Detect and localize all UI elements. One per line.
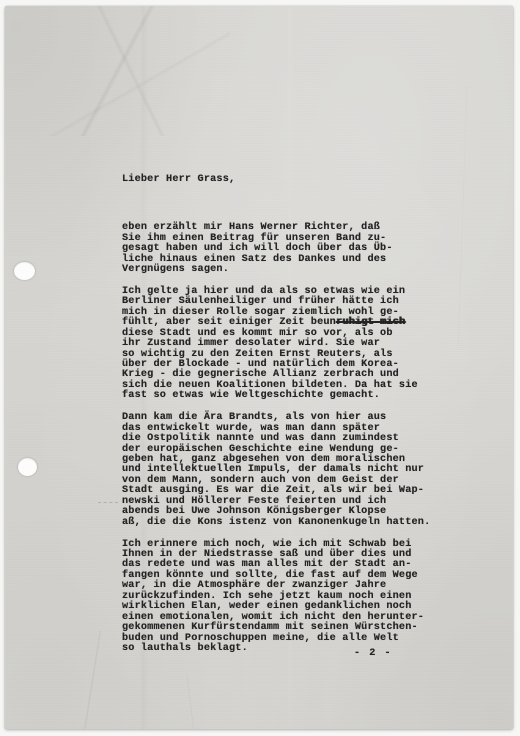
pencil-mark <box>98 502 118 503</box>
letter-paragraphs: eben erzählt mir Hans Werner Richter, da… <box>122 223 440 654</box>
overstruck-text: ruhigt mich <box>336 317 405 328</box>
letter-line: aß, die die Kons istenz von Kanonenkugel… <box>122 518 440 528</box>
text-segment: wirklichen Elan, weder einen gedankliche… <box>122 601 412 612</box>
text-segment: Krieg - die gegnerische Allianz zerbrach… <box>122 369 399 380</box>
paragraph: Ich erinnere mich noch, wie ich mit Schw… <box>122 540 440 655</box>
text-segment: war, in die Atmosphäre der zwanziger Jah… <box>122 580 386 591</box>
text-segment: Stadt ausging. Es war die Zeit, als wir … <box>122 485 424 496</box>
text-segment: buden und Pornoschuppen meine, die alle … <box>122 633 399 644</box>
text-segment: gesagt haben und ich will doch über das … <box>122 243 393 254</box>
text-segment: ihr Zustand immer desolater wird. Sie wa… <box>122 338 380 349</box>
text-segment: Berliner Säulenheiliger und früher hätte… <box>122 296 399 307</box>
text-segment: Ich erinnere mich noch, wie ich mit Schw… <box>122 539 412 550</box>
letter-body: Lieber Herr Grass, eben erzählt mir Hans… <box>122 154 440 687</box>
scanned-page: Lieber Herr Grass, eben erzählt mir Hans… <box>0 0 520 736</box>
text-segment: aß, die die Kons istenz von Kanonenkugel… <box>122 517 430 528</box>
text-segment: und intellektuellen Impuls, der damals n… <box>122 464 424 475</box>
text-segment: die Ostpolitik nannte und was dann zumin… <box>122 433 399 444</box>
text-segment: eben erzählt mir Hans Werner Richter, da… <box>122 222 380 233</box>
text-segment: gekommenen Kurfürstendamm mit seinen Wür… <box>122 622 418 633</box>
text-segment: so lauthals beklagt. <box>122 643 248 654</box>
letter-paper: Lieber Herr Grass, eben erzählt mir Hans… <box>5 6 513 729</box>
paragraph: Dann kam die Ära Brandts, als von hier a… <box>122 413 440 528</box>
text-segment: fast so etwas wie Weltgeschichte gemacht… <box>122 390 380 401</box>
letter-line: Vergnügens sagen. <box>122 265 440 275</box>
text-segment: abends bei Uwe Johnson Königsberger Klop… <box>122 506 386 517</box>
paper-crease-right <box>445 86 485 346</box>
page-number: - 2 - <box>354 648 392 659</box>
text-segment: das redete und was man alles mit der Sta… <box>122 559 412 570</box>
paragraph: Ich gelte ja hier und da als so etwas wi… <box>122 287 440 402</box>
hole-punch-bottom <box>18 458 37 476</box>
paragraph: eben erzählt mir Hans Werner Richter, da… <box>122 223 440 275</box>
salutation: Lieber Herr Grass, <box>122 175 440 185</box>
letter-line: so lauthals beklagt. <box>122 644 440 654</box>
text-segment: der europäischen Geschichte eine Wendung… <box>122 444 399 455</box>
text-segment: so wichtig zu den Zeiten Ernst Reuters, … <box>122 349 393 360</box>
paper-crease-bottom-left <box>77 631 127 729</box>
text-segment: einen emotionalen, womit ich nicht den h… <box>122 612 424 623</box>
letter-line: fast so etwas wie Weltgeschichte gemacht… <box>122 391 440 401</box>
text-segment: Vergnügens sagen. <box>122 264 229 275</box>
text-segment: Dann kam die Ära Brandts, als von hier a… <box>122 412 386 423</box>
paper-crease-top-left <box>20 6 230 136</box>
text-segment: liche hinaus einen Satz des Dankes und d… <box>122 254 386 265</box>
text-segment: fühlt, aber seit einiger Zeit beun <box>122 317 336 328</box>
hole-punch-top <box>14 262 35 280</box>
